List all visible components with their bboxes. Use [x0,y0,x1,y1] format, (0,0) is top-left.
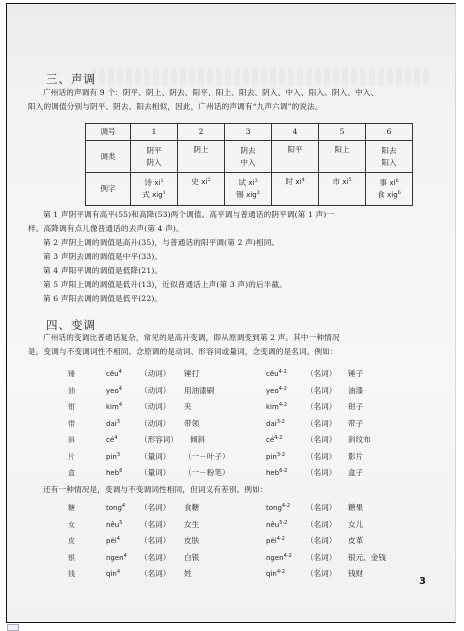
tone-change-intro-line-2: 是，变调与不变调词性不相同。念原调的是动词、形容词或量词，念变调的是名词。例如： [28,345,418,359]
example-row: 油 yeo4 （动词） 用油漆刷 yeo4-2 （名词） 油漆 [68,383,408,400]
tone-class: 阳上 [321,144,363,156]
meaning: 皮肤 [184,533,199,550]
part-of-speech: （名词） [140,550,170,567]
romanization-changed: yeo4-2 [266,383,287,400]
romanization-changed: dai3-2 [266,416,285,433]
tone-number: 4 [272,124,319,141]
romanization-changed: kim4-2 [266,399,287,416]
meaning: 钳子 [348,399,363,416]
meaning: 女儿 [348,517,363,534]
part-of-speech: （名词） [306,383,336,400]
example-word: 锡 xig3 [227,189,269,201]
meaning: 影片 [348,449,363,466]
row-header-tone-number: 调号 [86,124,131,141]
romanization-original: tong4 [106,500,125,517]
part-of-speech: （名词） [306,517,336,534]
romanization-original: ngen4 [106,550,127,567]
example-cell: 时 xi4 [272,173,319,206]
meaning: 斜纹布 [348,432,371,449]
row-header-tone-class: 调类 [86,141,131,173]
tone-number: 3 [225,124,272,141]
romanization-original: heb6 [106,465,122,482]
romanization-original: qin4 [106,566,120,583]
meaning: 盒子 [348,465,363,482]
meaning: 倾斜 [190,432,205,449]
meaning: 用油漆刷 [184,383,214,400]
example-word: 食 xig6 [368,189,410,201]
headword: 钱 [68,566,75,583]
meaning: 锤子 [348,366,363,383]
example-row: 银 ngen4 （名词） 白银 ngen4-2 （名词） 银元、金钱 [68,550,408,567]
example-word: 试 xi3 [227,177,269,189]
tone-class: 阴入 [133,157,175,169]
romanization-original: cé4 [106,432,117,449]
meaning: 女生 [184,517,199,534]
part-of-speech: （形容词） [140,432,178,449]
romanization-changed: heb6-2 [266,465,287,482]
example-char-row: 例字 诗 xi1 式 xig1 史 xi2 试 xi3 锡 xig3 时 xi4… [86,173,413,206]
meaning: 姓 [184,566,192,583]
meaning: 夹 [184,399,192,416]
example-word: 时 xi4 [274,176,316,188]
tones-intro-line-1: 广州话的声调有 9 个：阴平、阴上、阴去、阳平、阳上、阳去、阴入、中入、阳入。阴… [28,86,418,100]
tone-class: 阳平 [274,144,316,156]
part-of-speech: （名词） [306,465,336,482]
part-of-speech: （名词） [306,566,336,583]
headword: 斜 [68,432,75,449]
meaning: 白银 [184,550,199,567]
example-cell: 诗 xi1 式 xig1 [131,173,178,206]
headword: 女 [68,517,75,534]
example-word: 事 xi6 [368,177,410,189]
tone-class: 阳入 [368,157,410,169]
part-of-speech: （名词） [306,366,336,383]
row-header-example: 例字 [86,173,131,206]
tone-note: 第 5 声阳上调的调值是低升(13)，近似普通话上声(第 3 声)的后半截。 [28,278,418,292]
example-cell: 史 xi2 [178,173,225,206]
example-row: 带 dai3 （动词） 带领 dai3-2 （名词） 带子 [68,416,408,433]
tone-notes: 第 1 声阴平调有高平(55)和高降(53)两个调值。高平调与普通话的阴平调(第… [28,208,418,306]
headword: 锤 [68,366,75,383]
example-row: 斜 cé4 （形容词） 倾斜 cé4-2 （名词） 斜纹布 [68,432,408,449]
example-row: 钳 kim4 （动词） 夹 kim4-2 （名词） 钳子 [68,399,408,416]
example-row: 糖 tong4 （名词） 食糖 tong4-2 （名词） 糖果 [68,500,408,517]
meaning: （一－粉笔） [184,465,230,482]
meaning: 皮革 [348,533,363,550]
example-row: 钱 qin4 （名词） 姓 qin4-2 （名词） 钱财 [68,566,408,583]
tone-number: 1 [131,124,178,141]
show-through-text [90,68,430,86]
meaning: 钱财 [348,566,363,583]
part-of-speech: （名词） [306,500,336,517]
romanization-original: yeo4 [106,383,122,400]
tone-number: 6 [366,124,413,141]
page-number: 3 [419,576,426,587]
part-of-speech: （名词） [306,533,336,550]
example-cell: 市 xi5 [319,173,366,206]
headword: 糖 [68,500,75,517]
tones-intro: 广州话的声调有 9 个：阴平、阴上、阴去、阳平、阳上、阳去、阴入、中入、阳入。阴… [28,86,418,114]
meaning: 糖果 [348,500,363,517]
tone-class-cell: 阳上 [319,141,366,173]
tone-class-cell: 阴上 [178,141,225,173]
tone-class-row: 调类 阴平阴入 阴上 阴去中入 阳平 阳上 阳去阳入 [86,141,413,173]
part-of-speech: （名词） [140,533,170,550]
tone-change-intro: 广州话的变调比普通话复杂，常见的是高升变调，即从原调变到第 2 声。其中一种情况… [28,331,418,359]
romanization-changed: péi4-2 [266,533,285,550]
tone-change-intro-line-1: 广州话的变调比普通话复杂，常见的是高升变调，即从原调变到第 2 声。其中一种情况 [28,331,418,345]
meaning: 银元、金钱 [348,550,386,567]
part-of-speech: （动词） [140,366,170,383]
meaning: 油漆 [348,383,363,400]
part-of-speech: （量词） [140,465,170,482]
examples-different-pos: 锤 cêu4 （动词） 锤打 cêu4-2 （名词） 锤子 油 yeo4 （动词… [68,366,408,482]
tone-note: 样。高降调有点儿像普通话的去声(第 4 声)。 [28,222,418,236]
part-of-speech: （名词） [306,550,336,567]
tone-number: 5 [319,124,366,141]
headword: 皮 [68,533,75,550]
tone-class-cell: 阳平 [272,141,319,173]
romanization-original: dai3 [106,416,120,433]
tone-class-cell: 阴平阴入 [131,141,178,173]
romanization-original: kim4 [106,399,122,416]
section-heading-tones: 三、声调 [46,71,96,87]
tone-class-cell: 阳去阳入 [366,141,413,173]
part-of-speech: （名词） [140,566,170,583]
example-word: 市 xi5 [321,176,363,188]
tone-note: 第 3 声阴去调的调值是中平(33)。 [28,250,418,264]
example-row: 皮 péi4 （名词） 皮肤 péi4-2 （名词） 皮革 [68,533,408,550]
example-word: 史 xi2 [180,176,222,188]
tone-class: 阴去 [227,145,269,157]
tones-intro-line-2: 阳入的调值分别与阴平、阴去、阳去相似，因此，广州话的声调有“九声六调”的说法。 [28,100,418,114]
part-of-speech: （名词） [140,517,170,534]
romanization-changed: cé4-2 [266,432,282,449]
part-of-speech: （名词） [306,432,336,449]
romanization-changed: nêu5-2 [266,517,287,534]
romanization-original: pin3 [106,449,120,466]
part-of-speech: （名词） [306,399,336,416]
tone-class: 中入 [227,157,269,169]
example-row: 锤 cêu4 （动词） 锤打 cêu4-2 （名词） 锤子 [68,366,408,383]
image-placeholder-icon [7,624,19,631]
romanization-changed: tong4-2 [266,500,290,517]
part-of-speech: （量词） [140,449,170,466]
meaning: 锤打 [184,366,199,383]
second-intro-line: 还有一种情况是，变调与不变调词性相同，但词义有差别。例如： [28,483,418,497]
example-row: 片 pin3 （量词） （一－叶子） pin3-2 （名词） 影片 [68,449,408,466]
headword: 盒 [68,465,75,482]
romanization-changed: qin4-2 [266,566,285,583]
example-cell: 事 xi6 食 xig6 [366,173,413,206]
romanization-changed: cêu4-2 [266,366,287,383]
romanization-original: péi4 [106,533,120,550]
example-word: 诗 xi1 [133,177,175,189]
meaning: 食糖 [184,500,199,517]
tone-class: 阴平 [133,145,175,157]
romanization-original: nêu5 [106,517,122,534]
example-cell: 试 xi3 锡 xig3 [225,173,272,206]
tone-note: 第 1 声阴平调有高平(55)和高降(53)两个调值。高平调与普通话的阴平调(第… [28,208,418,222]
headword: 片 [68,449,75,466]
romanization-changed: pin3-2 [266,449,285,466]
part-of-speech: （动词） [140,416,170,433]
tone-table: 调号 1 2 3 4 5 6 调类 阴平阴入 阴上 阴去中入 阳平 阳上 阳去阳… [85,123,413,206]
examples-same-pos: 糖 tong4 （名词） 食糖 tong4-2 （名词） 糖果 女 nêu5 （… [68,500,408,583]
example-row: 盒 heb6 （量词） （一－粉笔） heb6-2 （名词） 盒子 [68,465,408,482]
meaning: 带子 [348,416,363,433]
tone-note: 第 2 声阴上调的调值是高升(35)，与普通话的阳平调(第 2 声)相同。 [28,236,418,250]
romanization-original: cêu4 [106,366,122,383]
part-of-speech: （动词） [140,383,170,400]
tone-class: 阳去 [368,145,410,157]
headword: 银 [68,550,75,567]
meaning: （一－叶子） [184,449,230,466]
part-of-speech: （名词） [306,449,336,466]
part-of-speech: （名词） [306,416,336,433]
example-word: 式 xig1 [133,189,175,201]
tone-class-cell: 阴去中入 [225,141,272,173]
meaning: 带领 [184,416,199,433]
tone-number-row: 调号 1 2 3 4 5 6 [86,124,413,141]
headword: 带 [68,416,75,433]
tone-class: 阴上 [180,144,222,156]
part-of-speech: （动词） [140,399,170,416]
tone-number: 2 [178,124,225,141]
tone-note: 第 4 声阳平调的调值是低降(21)。 [28,264,418,278]
example-row: 女 nêu5 （名词） 女生 nêu5-2 （名词） 女儿 [68,517,408,534]
tone-change-second-intro: 还有一种情况是，变调与不变调词性相同，但词义有差别。例如： [28,483,418,497]
tone-note: 第 6 声阳去调的调值是低平(22)。 [28,292,418,306]
headword: 油 [68,383,75,400]
headword: 钳 [68,399,75,416]
romanization-changed: ngen4-2 [266,550,292,567]
part-of-speech: （名词） [140,500,170,517]
